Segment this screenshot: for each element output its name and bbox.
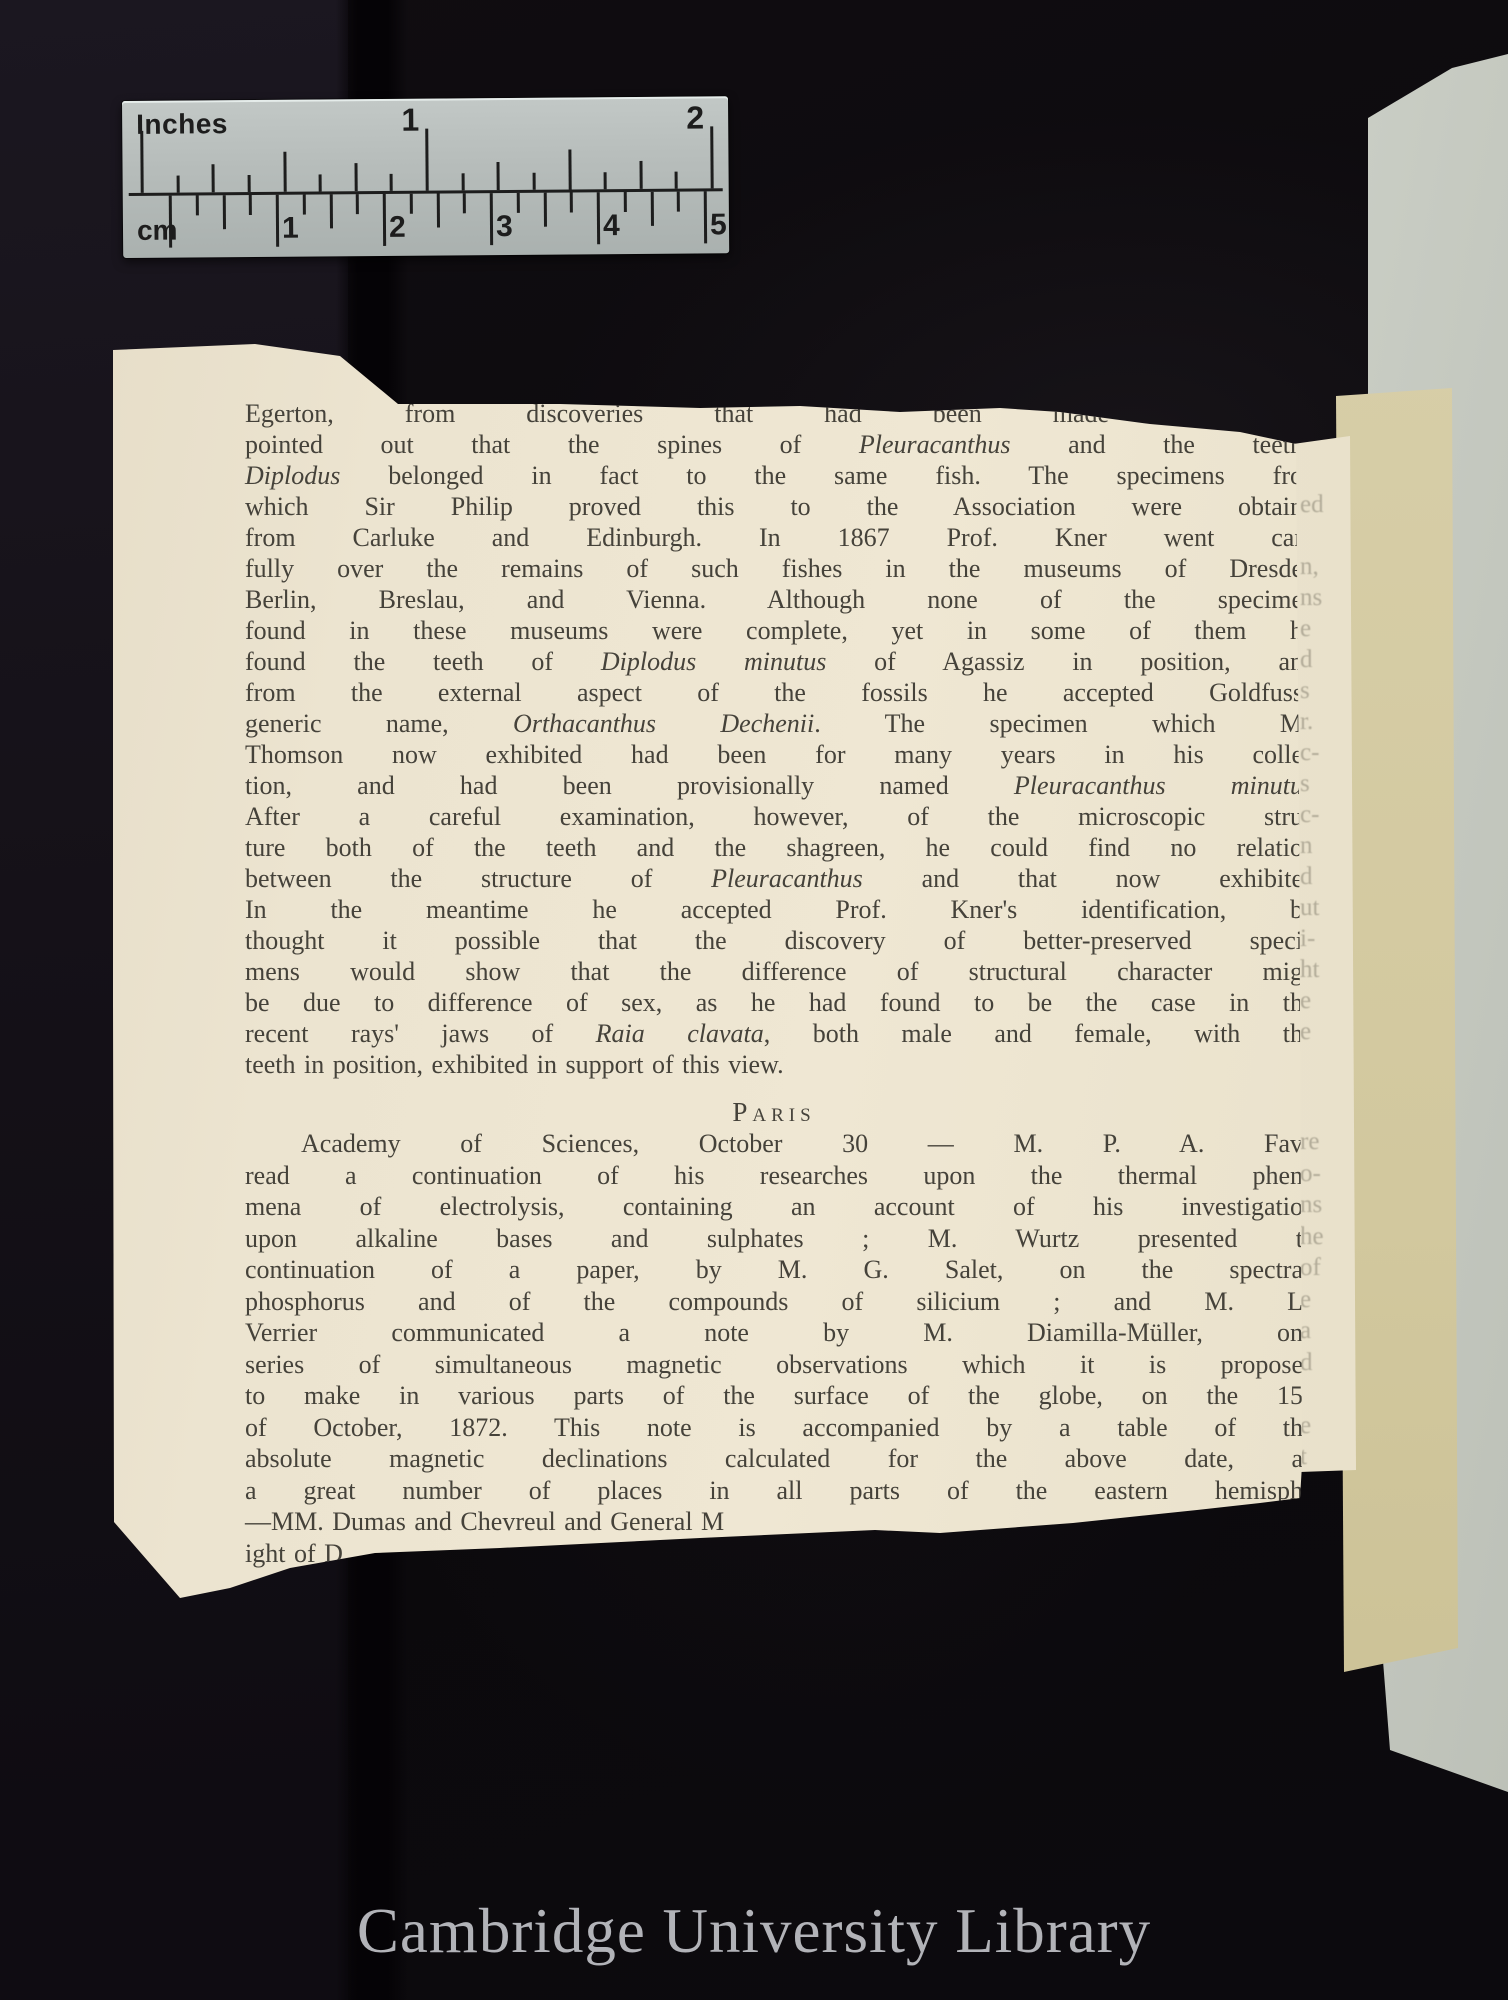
text-segment: teeth in position, exhibited in support … [245,1050,784,1079]
text-segment: absolute magnetic declinations calculate… [245,1444,1303,1473]
text-segment: tion, and had been provisionally named [245,771,1014,800]
text-line: mena of electrolysis, containing an acco… [245,1191,1303,1222]
text-segment: a great number of places in all parts of… [245,1476,1303,1505]
ruler-tick [568,149,571,189]
text-line: thought it possible that the discovery o… [245,925,1303,956]
ruler-tick [247,175,250,192]
ghost-text-fragment: ns [1300,1191,1352,1219]
ruler-tick [463,193,466,213]
ruler-tick [704,191,707,243]
text-segment: read a continuation of his researches up… [245,1161,1303,1190]
species-name-italic: Orthacanthus Dechenii [513,709,814,738]
ruler-inch-number: 1 [387,102,419,139]
text-line: teeth in position, exhibited in support … [245,1049,1303,1080]
text-segment: and the teeth [1011,430,1303,459]
ghost-text-fragment: e [1300,1412,1352,1440]
ruler-cm-number: 3 [496,210,513,244]
ruler-tick [604,172,607,189]
text-segment: In the meantime he accepted Prof. Kner's… [245,895,1303,924]
text-line: Thomson now exhibited had been for many … [245,739,1303,770]
ruler-tick [276,195,279,247]
text-line: Berlin, Breslau, and Vienna. Although no… [245,584,1303,615]
ghost-text-fragment: ed [1300,491,1352,519]
text-segment: belonged in fact to the same fish. The s… [340,461,1303,490]
text-segment: upon alkaline bases and sulphates ; M. W… [245,1224,1303,1253]
text-line: In the meantime he accepted Prof. Kner's… [245,894,1303,925]
text-segment: of October, 1872. This note is accompani… [245,1413,1303,1442]
ruler-tick [436,194,439,228]
text-line: fully over the remains of such fishes in… [245,553,1303,584]
text-line: continuation of a paper, by M. G. Salet,… [245,1254,1303,1285]
ruler-inch-number: 2 [672,99,704,136]
species-name-italic: Pleuracanthus [711,864,863,893]
ghost-text-fragment: of [1300,1254,1352,1282]
ruler-tick [329,194,332,228]
ghost-text-fragment: r. [1300,708,1352,736]
text-segment: continuation of a paper, by M. G. Salet,… [245,1255,1303,1284]
ghost-text-fragment: ns [1300,584,1352,612]
ruler-tick [710,126,713,188]
ghost-text-fragment: s [1300,677,1352,705]
ruler-tick [490,193,493,245]
text-segment: series of simultaneous magnetic observat… [245,1350,1303,1379]
ruler-tick [597,192,600,244]
ruler-tick [675,172,678,189]
text-line: be due to difference of sex, as he had f… [245,987,1303,1018]
ghost-text-fragment: t [1300,1443,1352,1471]
text-segment: thought it possible that the discovery o… [245,926,1303,955]
text-segment: which Sir Philip proved this to the Asso… [245,492,1303,521]
ruler-tick [169,196,172,248]
ruler-tick [249,195,252,215]
text-line: pointed out that the spines of Pleuracan… [245,429,1303,460]
text-line: series of simultaneous magnetic observat… [245,1349,1303,1380]
text-line: found in these museums were complete, ye… [245,615,1303,646]
ruler-tick [222,195,225,229]
text-segment: Verrier communicated a note by M. Diamil… [245,1318,1303,1347]
text-line: phosphorus and of the compounds of silic… [245,1286,1303,1317]
ghost-text-fragment: e [1300,615,1352,643]
ghost-text-fragment: i- [1300,925,1352,953]
text-line: between the structure of Pleuracanthus a… [245,863,1303,894]
text-segment: mens would show that the difference of s… [245,957,1303,986]
ruler-tick [140,131,143,193]
text-segment: from the external aspect of the fossils … [245,678,1303,707]
text-segment: —MM. Dumas and Chevreul and General M [245,1507,724,1536]
text-line: absolute magnetic declinations calculate… [245,1443,1303,1474]
ruler-tick [461,173,464,190]
text-line: from the external aspect of the fossils … [245,677,1303,708]
ruler-inches-label: Inches [136,108,228,141]
ghost-text-fragment: c- [1300,801,1352,829]
text-segment: Thomson now exhibited had been for many … [245,740,1303,769]
text-segment: phosphorus and of the compounds of silic… [245,1287,1303,1316]
text-line: Academy of Sciences, October 30 — M. P. … [245,1128,1303,1159]
text-line: found the teeth of Diplodus minutus of A… [245,646,1303,677]
text-line: generic name, Orthacanthus Dechenii. The… [245,708,1303,739]
ghost-text-fragment: n, [1300,553,1352,581]
ruler-tick [319,174,322,191]
ghost-text-fragment: n [1300,832,1352,860]
text-segment: and that now exhibite [863,864,1303,893]
ghost-text-fragment: e [1300,1018,1352,1046]
text-line: upon alkaline bases and sulphates ; M. W… [245,1223,1303,1254]
ruler-tick [390,174,393,191]
ruler-tick [639,161,642,189]
ruler: Inches cm 12 12345 [122,96,729,258]
ruler-tick [283,152,286,192]
text-segment: fully over the remains of such fishes in… [245,554,1303,583]
text-segment: between the structure of [245,864,711,893]
text-segment: Berlin, Breslau, and Vienna. Although no… [245,585,1303,614]
text-segment: from Carluke and Edinburgh. In 1867 Prof… [245,523,1303,552]
text-segment: recent rays' jaws of [245,1019,596,1048]
text-line: to make in various parts of the surface … [245,1380,1303,1411]
text-segment: generic name, [245,709,513,738]
ghost-text-fragment: c- [1300,739,1352,767]
ruler-tick [623,192,626,212]
ruler-tick [356,194,359,214]
ghost-text-fragment: a [1300,1317,1352,1345]
ruler-tick [409,194,412,214]
ruler-tick [650,192,653,226]
ghost-text-fragment: d [1300,1349,1352,1377]
text-line: which Sir Philip proved this to the Asso… [245,491,1303,522]
text-line: mens would show that the difference of s… [245,956,1303,987]
text-segment: pointed out that the spines of [245,430,859,459]
ruler-tick [570,192,573,212]
ghost-text-fragment: o- [1300,1160,1352,1188]
ruler-tick [425,129,428,191]
species-name-italic: Diplodus minutus [601,647,827,676]
ghost-text-fragment: d [1300,646,1352,674]
species-name-italic: Diplodus [245,461,340,490]
ruler-tick [383,194,386,246]
text-segment: ture both of the teeth and the shagreen,… [245,833,1303,862]
text-line: Diplodus belonged in fact to the same fi… [245,460,1303,491]
ruler-cm-number: 2 [389,211,406,245]
text-line: ture both of the teeth and the shagreen,… [245,832,1303,863]
ruler-tick [497,162,500,190]
text-line: After a careful examination, however, of… [245,801,1303,832]
species-name-italic: Raia clavata [596,1019,764,1048]
ghost-text-fragment: d [1300,863,1352,891]
ghost-text-fragment: ut [1300,894,1352,922]
ghost-text-fragment: he [1300,1223,1352,1251]
ruler-cm-number: 1 [282,212,299,246]
photo-canvas: edn,nsedsr.c-sc-nduti-hteereo-nsheofeade… [0,0,1508,2000]
ghost-text-fragment: ht [1300,956,1352,984]
text-segment: be due to difference of sex, as he had f… [245,988,1303,1017]
text-segment: . The specimen which M [814,709,1303,738]
ruler-cm-number: 5 [710,208,727,242]
ruler-tick [212,164,215,192]
text-segment: to make in various parts of the surface … [245,1381,1303,1410]
text-line: tion, and had been provisionally named P… [245,770,1303,801]
library-watermark: Cambridge University Library [0,1895,1508,1968]
ruler-tick [176,176,179,193]
text-segment: mena of electrolysis, containing an acco… [245,1192,1303,1221]
text-line: —MM. Dumas and Chevreul and General M [245,1506,1303,1537]
text-segment: found in these museums were complete, ye… [245,616,1303,645]
text-line: from Carluke and Edinburgh. In 1867 Prof… [245,522,1303,553]
ruler-cm-number: 4 [603,209,620,243]
species-name-italic: Pleuracanthus minutu [1014,771,1303,800]
text-segment: of Agassiz in position, an [826,647,1303,676]
text-line: Verrier communicated a note by M. Diamil… [245,1317,1303,1348]
ruler-tick [516,193,519,213]
text-line: recent rays' jaws of Raia clavata, both … [245,1018,1303,1049]
ghost-text-fragment: e [1300,987,1352,1015]
text-line: a great number of places in all parts of… [245,1475,1303,1506]
paris-heading: Paris [245,1097,1303,1128]
text-line: read a continuation of his researches up… [245,1160,1303,1191]
ruler-tick [543,193,546,227]
ruler-tick [302,195,305,215]
species-name-italic: Pleuracanthus [859,430,1011,459]
ruler-tick [195,195,198,215]
ruler-tick [354,163,357,191]
text-segment: found the teeth of [245,647,601,676]
ghost-text-fragment: e [1300,1286,1352,1314]
text-line: of October, 1872. This note is accompani… [245,1412,1303,1443]
text-segment: After a careful examination, however, of… [245,802,1303,831]
ruler-tick [532,173,535,190]
ghost-text-fragment: s [1300,770,1352,798]
ruler-tick [677,192,680,212]
text-segment: , both male and female, with th [764,1019,1303,1048]
text-segment: Academy of Sciences, October 30 — M. P. … [301,1129,1303,1158]
ghost-text-fragment: re [1300,1128,1352,1156]
